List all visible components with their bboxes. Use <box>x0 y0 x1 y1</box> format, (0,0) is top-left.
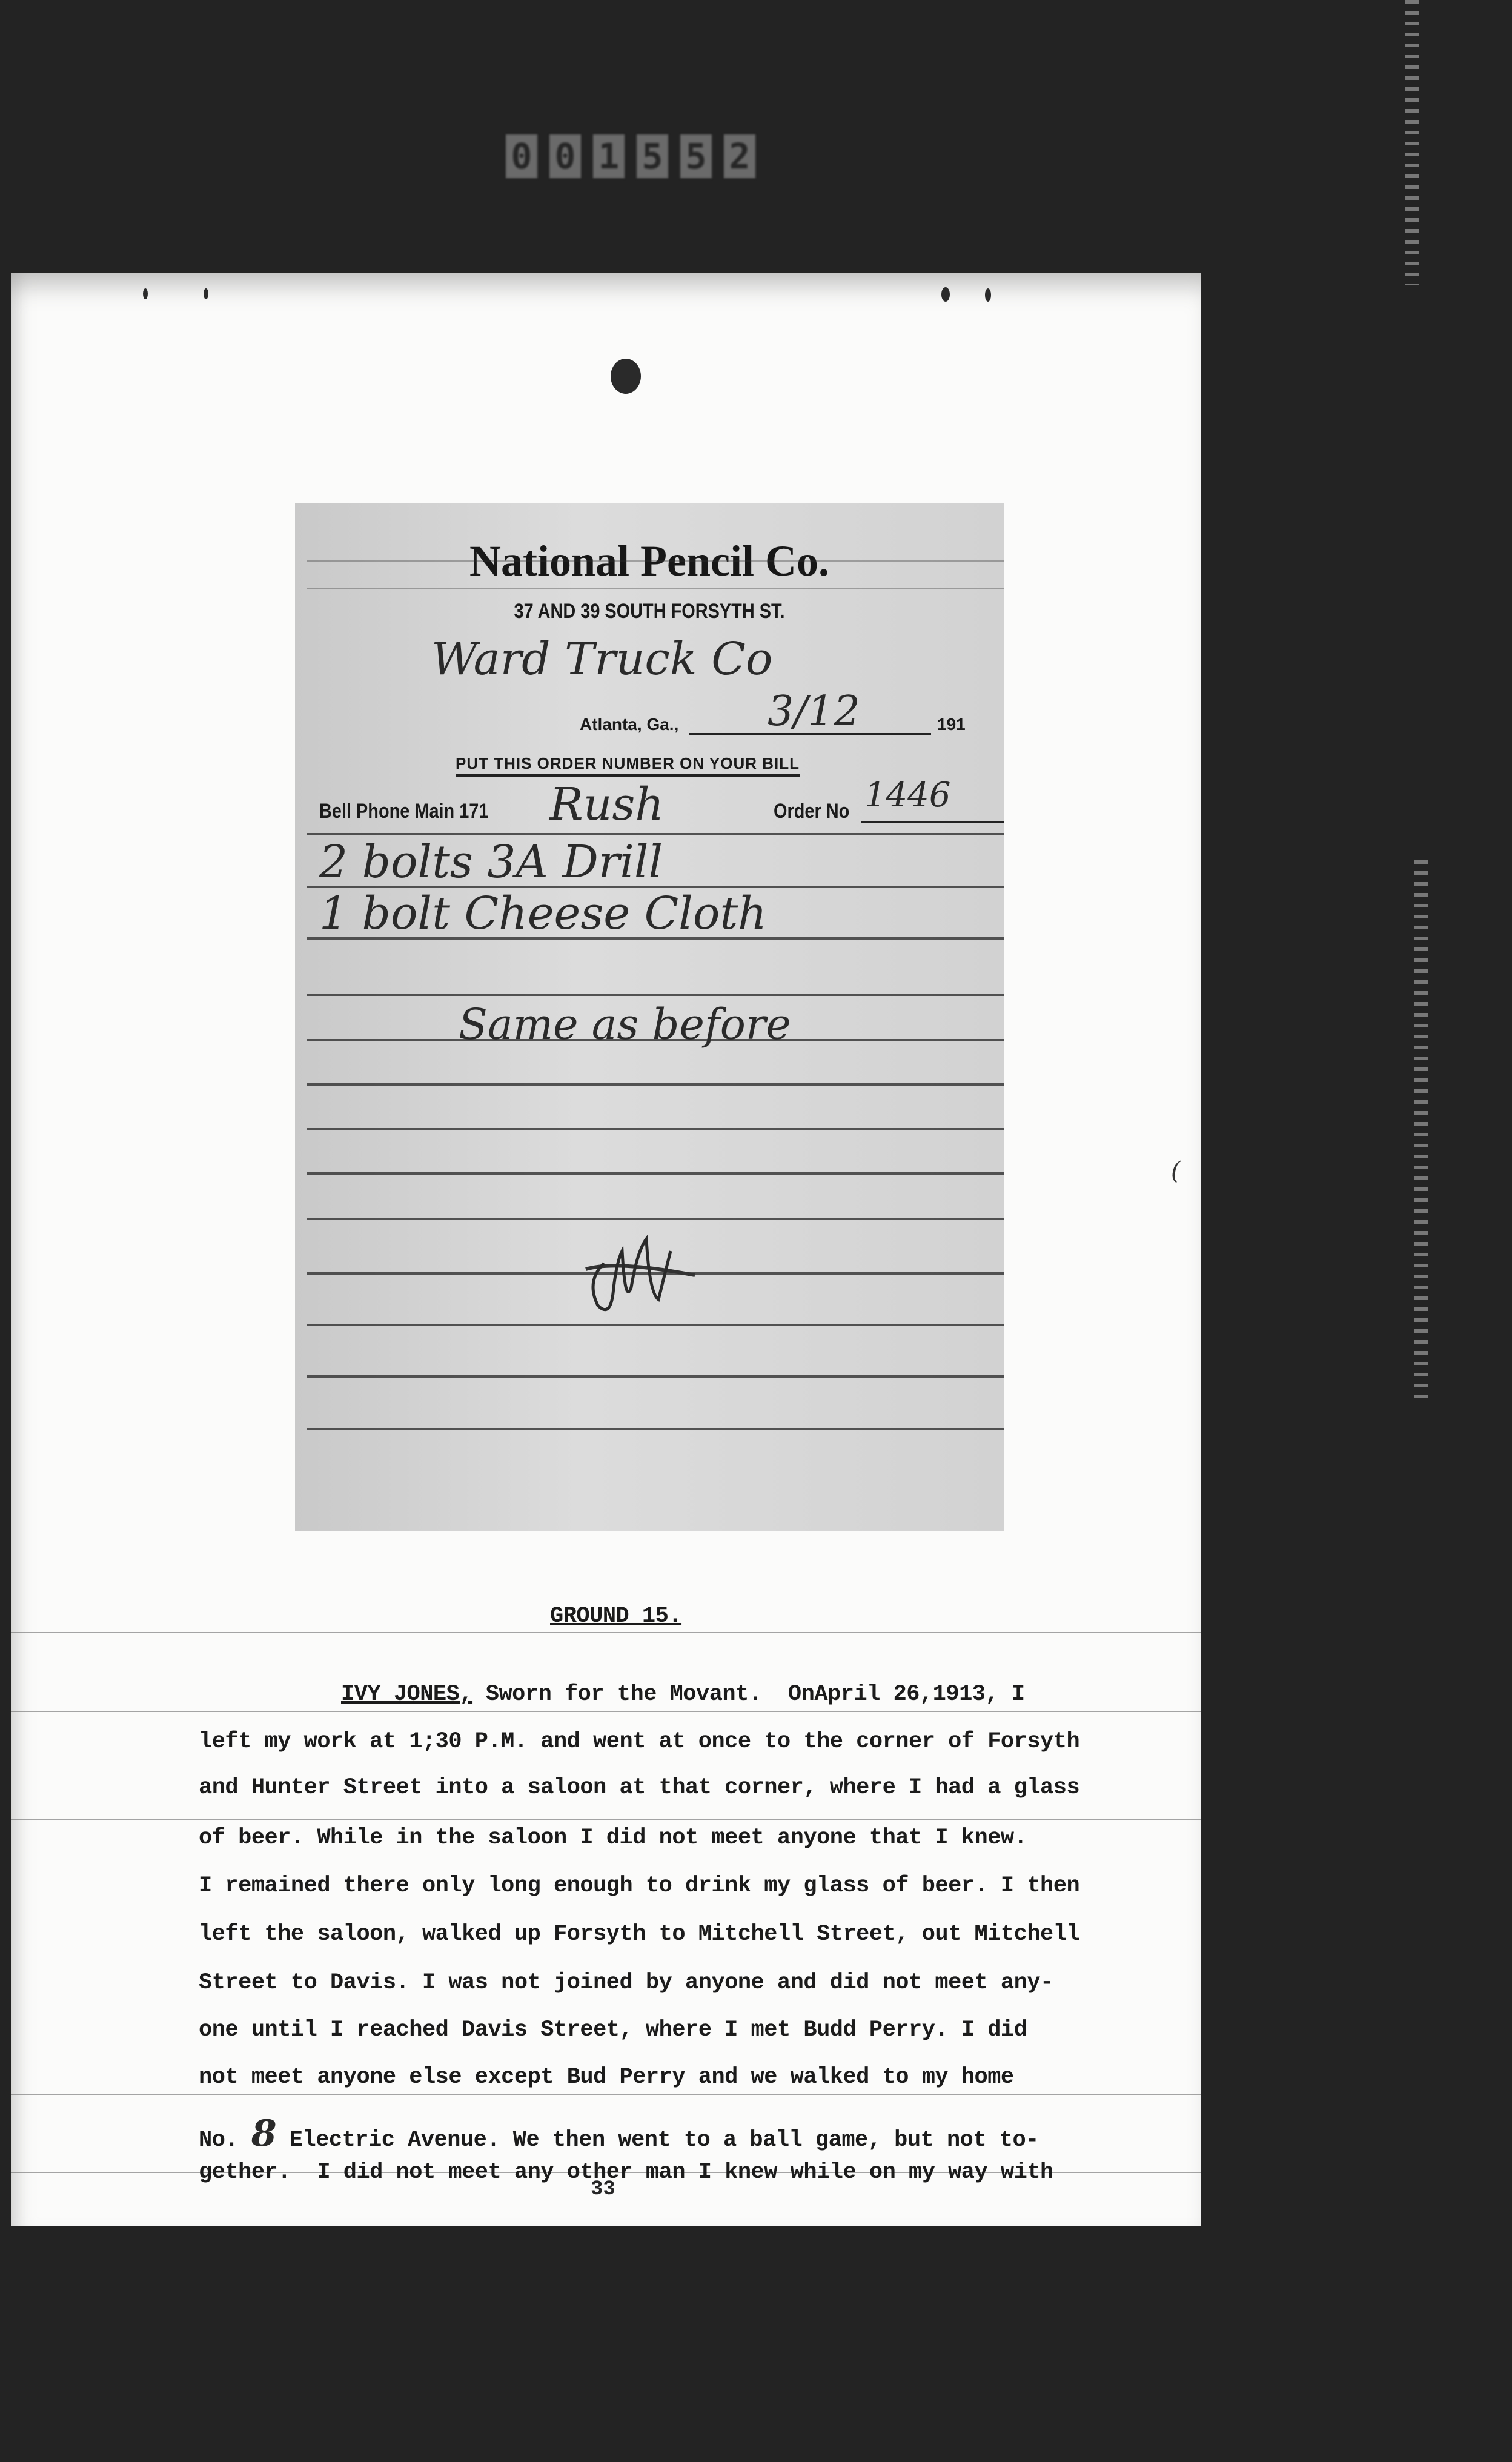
handwritten-date: 3/12 <box>768 688 860 735</box>
stamp-digit: 0 <box>506 134 537 178</box>
frame-number-stamp: 0 0 1 5 5 2 <box>506 134 755 182</box>
handwritten-order-number: 1446 <box>864 775 951 815</box>
transcript-line: and Hunter Street into a saloon at that … <box>199 1775 1079 1800</box>
line-item: 2 bolts 3A Drill <box>319 836 663 888</box>
year-prefix: 191 <box>937 715 966 734</box>
film-edge-specks <box>1405 0 1419 285</box>
stamp-digit: 2 <box>724 134 755 178</box>
receipt-rule <box>307 1039 1004 1041</box>
transcript-line: No. 8 Electric Avenue. We then went to a… <box>199 2112 1039 2155</box>
handwritten-note: Same as before <box>459 1000 791 1049</box>
transcript-line: left my work at 1;30 P.M. and went at on… <box>199 1729 1079 1754</box>
stamp-digit: 0 <box>549 134 581 178</box>
receipt-rule <box>307 1324 1004 1326</box>
margin-mark: ( <box>1171 1157 1181 1185</box>
stamp-digit: 5 <box>680 134 712 178</box>
ink-speck <box>941 287 950 302</box>
signature: LMF <box>580 1227 701 1318</box>
section-heading: GROUND 15. <box>550 1604 681 1629</box>
receipt-rule <box>307 1172 1004 1175</box>
ruled-line <box>11 1819 1201 1820</box>
receipt-rule <box>307 560 1004 562</box>
transcript-line: left the saloon, walked up Forsyth to Mi… <box>199 1922 1079 1947</box>
handwritten-house-number: 8 <box>251 2112 276 2155</box>
stamp-digit: 1 <box>593 134 625 178</box>
phone-label: Bell Phone Main 171 <box>319 800 488 823</box>
transcript-line: gether. I did not meet any other man I k… <box>199 2160 1053 2185</box>
handwritten-priority: Rush <box>549 778 664 831</box>
location-label: Atlanta, Ga., <box>580 715 678 734</box>
order-receipt: National Pencil Co. 37 AND 39 SOUTH FORS… <box>295 503 1004 1531</box>
order-instruction: PUT THIS ORDER NUMBER ON YOUR BILL <box>456 754 800 777</box>
transcript-line: of beer. While in the saloon I did not m… <box>199 1825 1027 1851</box>
ink-speck <box>985 288 991 302</box>
page-number: 33 <box>591 2178 615 2201</box>
handwritten-recipient: Ward Truck Co <box>431 633 772 685</box>
receipt-rule <box>307 1083 1004 1086</box>
receipt-rule <box>307 1375 1004 1378</box>
transcript-line: one until I reached Davis Street, where … <box>199 2017 1027 2043</box>
transcript-line: IVY JONES, Sworn for the Movant. OnApril… <box>341 1682 1025 1707</box>
transcript-line: I remained there only long enough to dri… <box>199 1873 1079 1899</box>
ruled-line <box>11 2094 1201 2095</box>
receipt-rule <box>307 937 1004 940</box>
company-address: 37 AND 39 SOUTH FORSYTH ST. <box>348 600 951 623</box>
signature-glyph-icon <box>580 1227 701 1318</box>
binding-hole <box>611 359 641 394</box>
order-number-line <box>861 821 1004 823</box>
witness-name: IVY JONES, <box>341 1682 472 1707</box>
ink-speck <box>143 288 148 299</box>
receipt-rule <box>307 833 1004 835</box>
ruled-line <box>11 1711 1201 1712</box>
receipt-rule <box>307 994 1004 996</box>
transcript-line: not meet anyone else except Bud Perry an… <box>199 2065 1014 2090</box>
ink-speck <box>204 288 208 299</box>
stamp-digit: 5 <box>637 134 668 178</box>
order-number-label: Order No <box>774 800 849 823</box>
receipt-rule <box>307 1218 1004 1220</box>
receipt-rule <box>307 588 1004 589</box>
document-page: National Pencil Co. 37 AND 39 SOUTH FORS… <box>11 273 1201 2226</box>
line-item: 1 bolt Cheese Cloth <box>319 888 767 940</box>
ruled-line <box>11 1632 1201 1633</box>
receipt-rule <box>307 1428 1004 1430</box>
transcript-line: Street to Davis. I was not joined by any… <box>199 1970 1053 1996</box>
film-edge-specks <box>1414 860 1428 1405</box>
receipt-rule <box>307 1128 1004 1130</box>
